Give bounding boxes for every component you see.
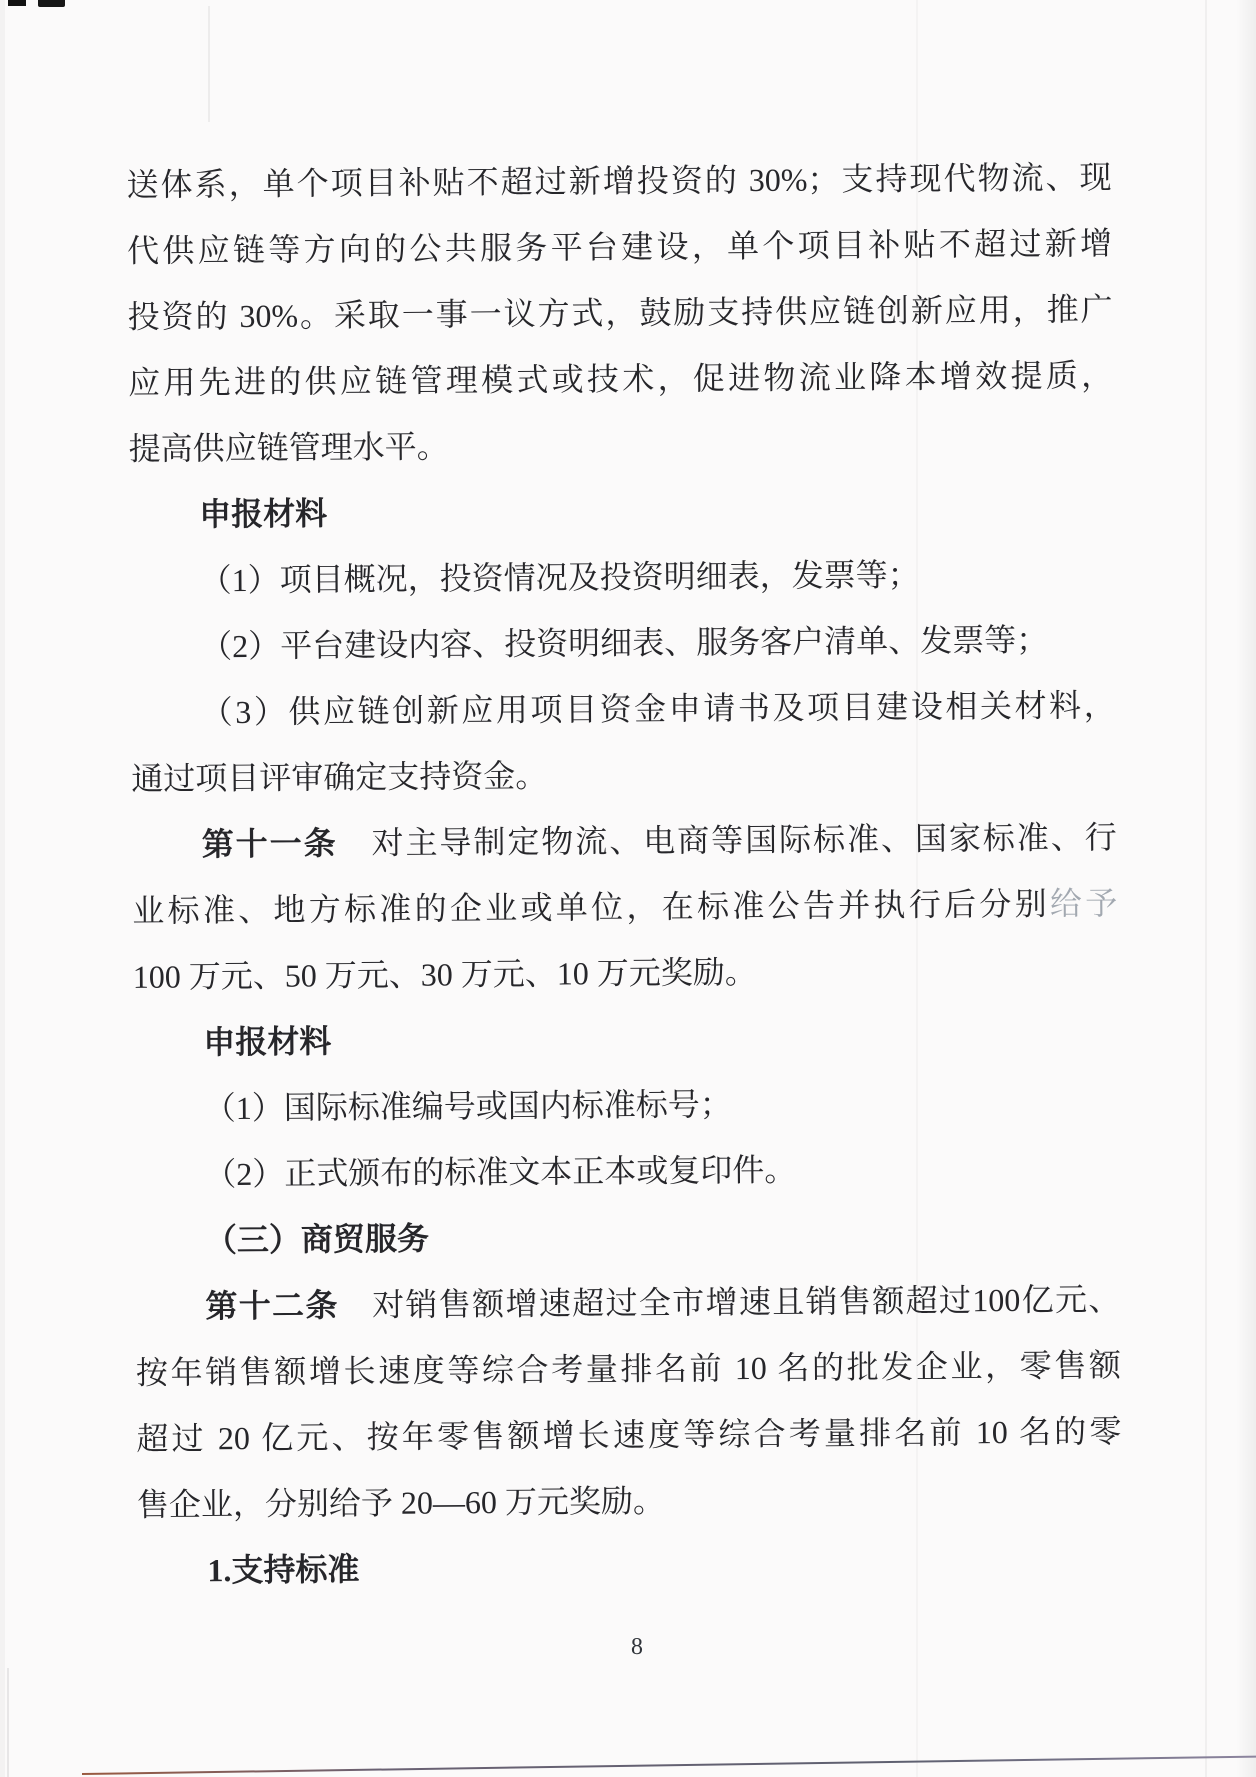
page-number: 8 xyxy=(631,1634,644,1661)
text-line: 应用先进的供应链管理模式或技术，促进物流业降本增效提质， xyxy=(128,342,1113,416)
bold-text: （三）商贸服务 xyxy=(205,1221,429,1259)
text-line: （3）供应链创新应用项目资金申请书及项目建设相关材料， xyxy=(130,672,1115,746)
body-text: 对主导制定物流、电商等国际标准、国家标准、行 xyxy=(337,819,1116,861)
body-text: 应用先进的供应链管理模式或技术，促进物流业降本增效提质， xyxy=(128,357,1113,401)
bold-text: 申报材料 xyxy=(199,495,327,532)
scan-artifact-bottom-edge-line xyxy=(82,1755,1256,1775)
body-text: 售企业，分别给予 20—60 万元奖励。 xyxy=(137,1483,665,1523)
body-text: 超过 20 亿元、按年零售额增长速度等综合考量排名前 10 名的零 xyxy=(136,1413,1121,1457)
faded-text: 给予 xyxy=(1050,885,1118,922)
scan-artifact-left-edge xyxy=(0,0,5,1777)
body-text: 业标准、地方标准的企业或单位，在标准公告并执行后分别 xyxy=(132,886,1050,929)
body-text: 按年销售额增长速度等综合考量排名前 10 名的批发企业，零售额 xyxy=(136,1347,1121,1391)
text-line: （三）商贸服务 xyxy=(135,1200,1120,1274)
body-text: （2）平台建设内容、投资明细表、服务客户清单、发票等； xyxy=(200,622,1048,665)
scan-artifact-streak xyxy=(7,1668,9,1777)
body-text: 代供应链等方向的公共服务平台建设，单个项目补贴不超过新增 xyxy=(127,225,1112,269)
text-line: 售企业，分别给予 20—60 万元奖励。 xyxy=(137,1464,1122,1538)
scan-artifact-streak xyxy=(1205,0,1207,1777)
text-line: 申报材料 xyxy=(133,1002,1118,1076)
text-line: 代供应链等方向的公共服务平台建设，单个项目补贴不超过新增 xyxy=(127,210,1112,284)
scan-artifact-streak xyxy=(208,6,210,122)
bold-text: 第十一条 xyxy=(202,825,338,862)
body-text: （2）正式颁布的标准文本正本或复印件。 xyxy=(204,1152,796,1193)
text-line: 通过项目评审确定支持资金。 xyxy=(131,738,1116,812)
scan-artifact-top-mark xyxy=(38,0,65,7)
text-line: 超过 20 亿元、按年零售额增长速度等综合考量排名前 10 名的零 xyxy=(136,1398,1121,1472)
text-line: （1）国际标准编号或国内标准标号； xyxy=(134,1068,1119,1142)
bold-text: 第十二条 xyxy=(205,1287,339,1324)
body-text: （1）项目概况，投资情况及投资明细表，发票等； xyxy=(200,557,920,599)
text-line: （1）项目概况，投资情况及投资明细表，发票等； xyxy=(129,540,1114,614)
body-text: 送体系，单个项目补贴不超过新增投资的 30%；支持现代物流、现 xyxy=(126,159,1111,203)
text-line: 1.支持标准 xyxy=(137,1530,1122,1604)
body-text: 对销售额增速超过全市增速且销售额超过100亿元、 xyxy=(339,1281,1121,1323)
body-text: 100 万元、50 万元、30 万元、10 万元奖励。 xyxy=(133,954,757,995)
bold-text: 申报材料 xyxy=(203,1023,331,1060)
text-line: （2）正式颁布的标准文本正本或复印件。 xyxy=(134,1134,1119,1208)
text-line: 申报材料 xyxy=(129,474,1114,548)
text-line: 业标准、地方标准的企业或单位，在标准公告并执行后分别给予 xyxy=(132,870,1117,944)
scan-artifact-right-edge xyxy=(1236,0,1256,1777)
body-text: （3）供应链创新应用项目资金申请书及项目建设相关材料， xyxy=(201,687,1116,730)
body-text: 通过项目评审确定支持资金。 xyxy=(131,758,547,797)
text-line: 第十一条 对主导制定物流、电商等国际标准、国家标准、行 xyxy=(131,804,1116,878)
bold-text: 1.支持标准 xyxy=(207,1551,359,1588)
body-text: （1）国际标准编号或国内标准标号； xyxy=(204,1086,732,1126)
scanned-page: 送体系，单个项目补贴不超过新增投资的 30%；支持现代物流、现代供应链等方向的公… xyxy=(0,0,1256,1777)
document-text-block: 送体系，单个项目补贴不超过新增投资的 30%；支持现代物流、现代供应链等方向的公… xyxy=(126,144,1122,1604)
text-line: 第十二条 对销售额增速超过全市增速且销售额超过100亿元、 xyxy=(135,1266,1120,1340)
text-line: 送体系，单个项目补贴不超过新增投资的 30%；支持现代物流、现 xyxy=(126,144,1111,218)
body-text: 投资的 30%。采取一事一议方式，鼓励支持供应链创新应用，推广 xyxy=(127,291,1112,335)
text-line: 100 万元、50 万元、30 万元、10 万元奖励。 xyxy=(133,936,1118,1010)
text-line: 按年销售额增长速度等综合考量排名前 10 名的批发企业，零售额 xyxy=(136,1332,1121,1406)
body-text: 提高供应链管理水平。 xyxy=(129,428,449,467)
text-line: 提高供应链管理水平。 xyxy=(128,408,1113,482)
scan-artifact-top-mark xyxy=(8,0,26,6)
text-line: 投资的 30%。采取一事一议方式，鼓励支持供应链创新应用，推广 xyxy=(127,276,1112,350)
text-line: （2）平台建设内容、投资明细表、服务客户清单、发票等； xyxy=(130,606,1115,680)
